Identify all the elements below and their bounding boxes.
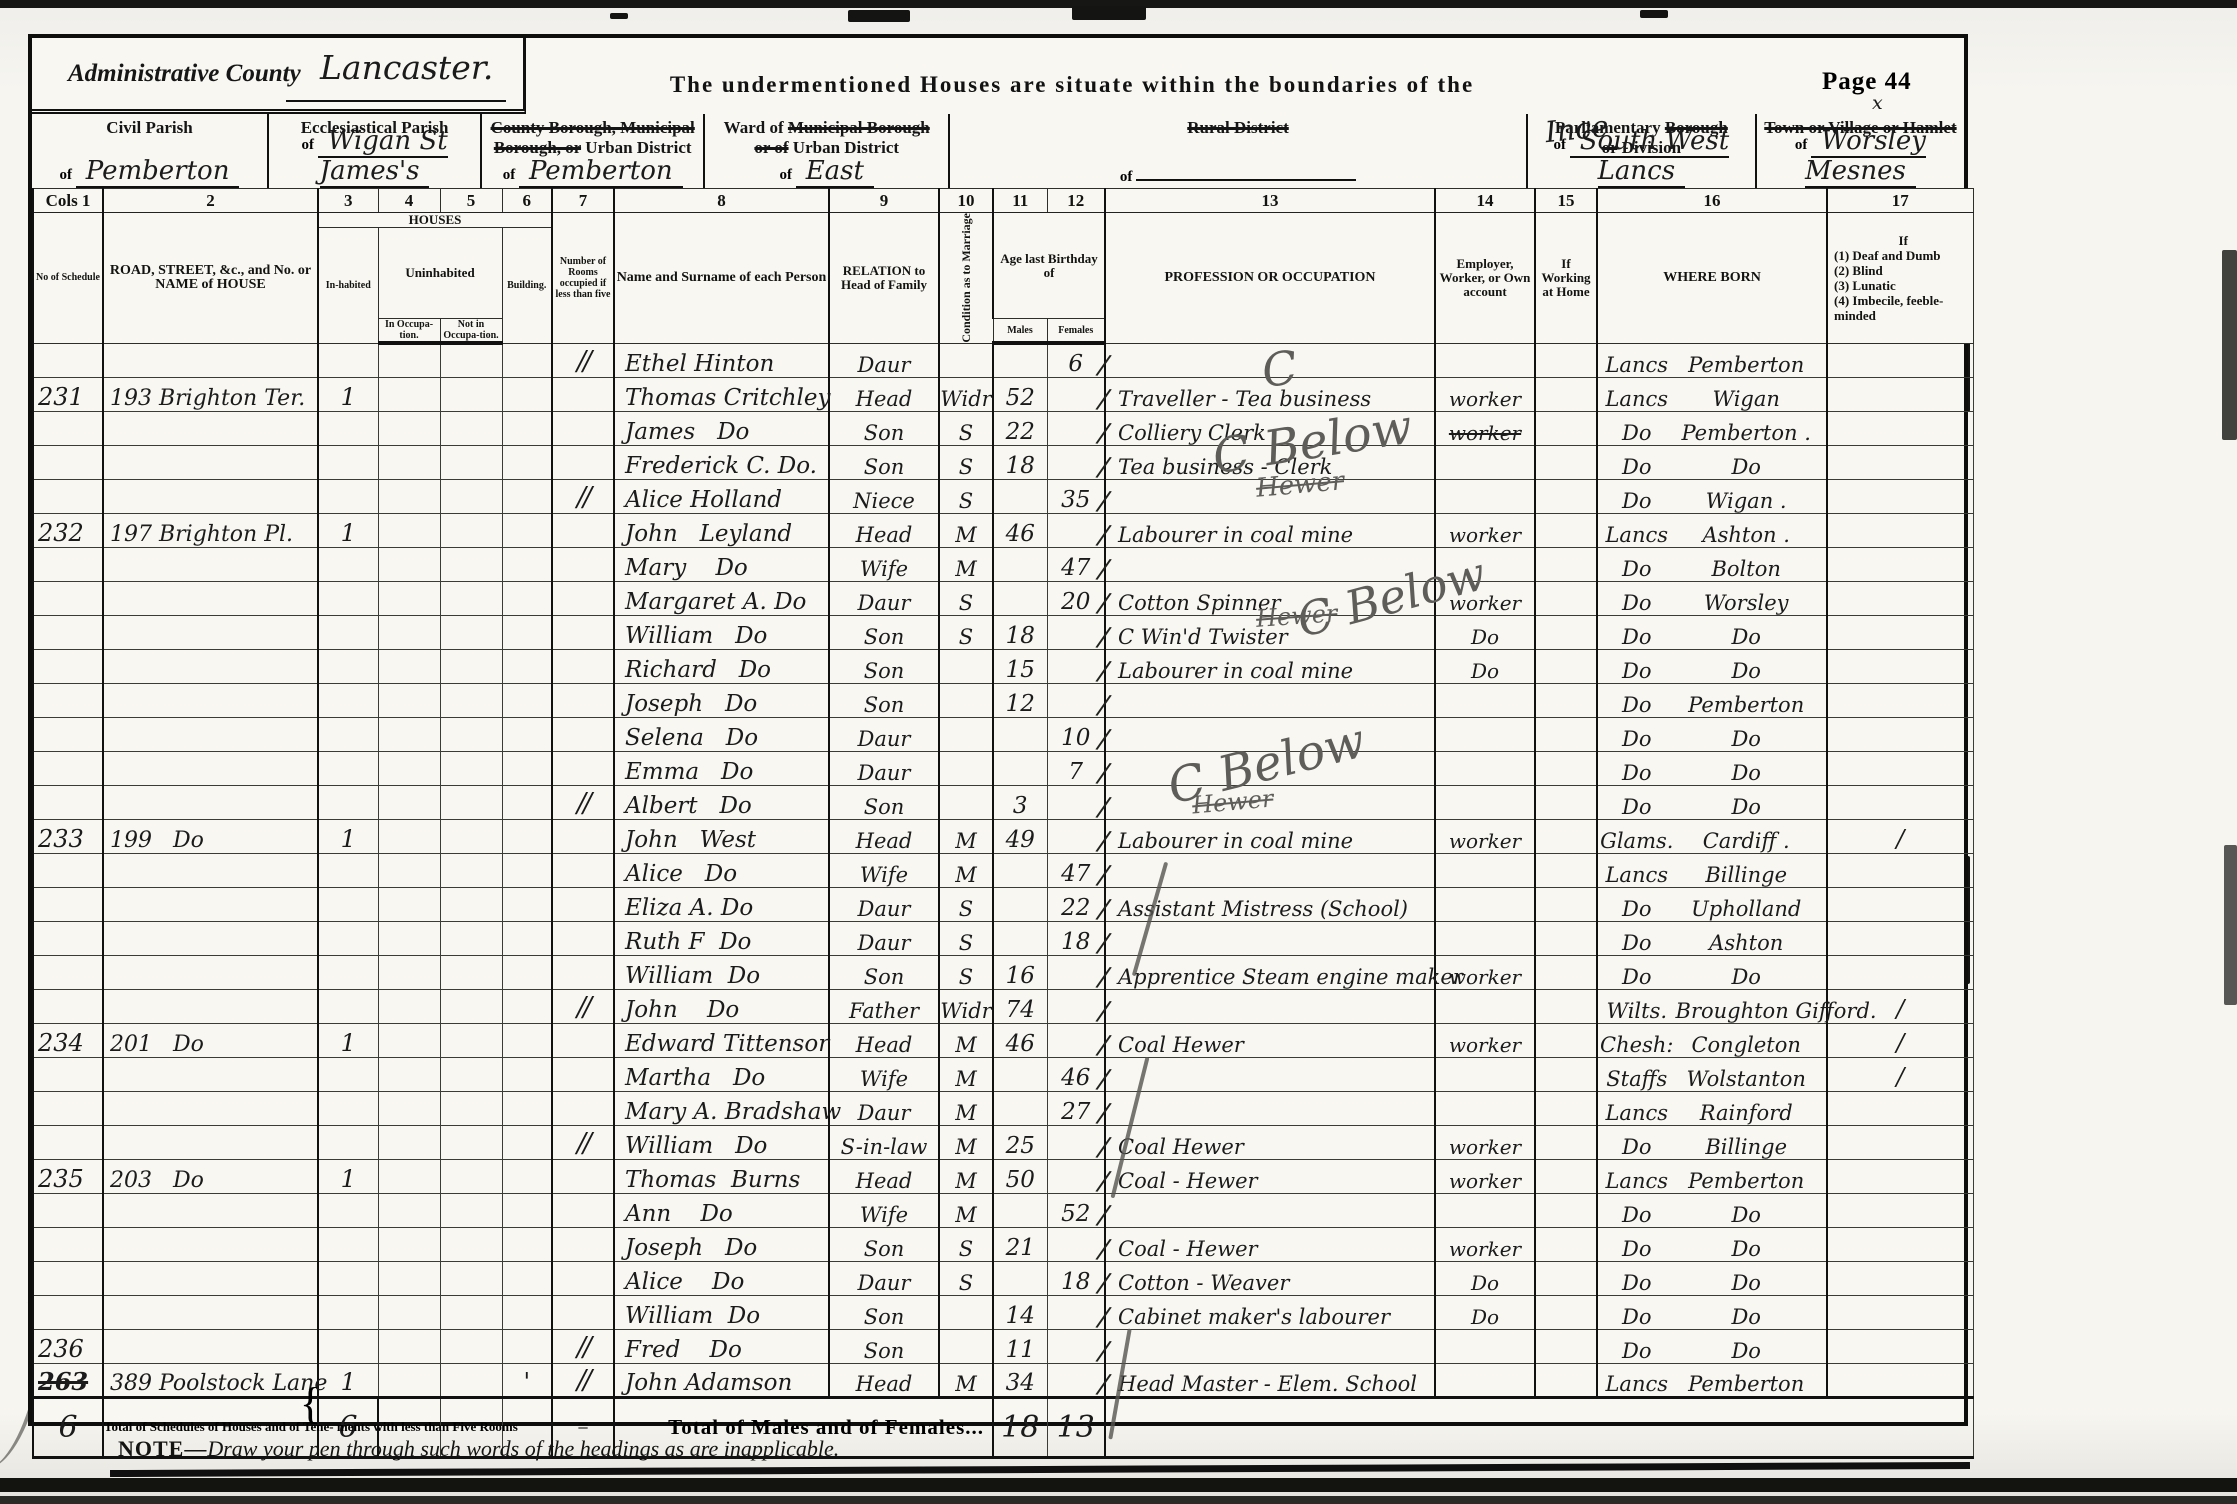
in-occupation-cell — [378, 683, 440, 717]
district-header-band: Civil Parishof PembertonEcclesiastical P… — [32, 114, 1964, 188]
header-in-occupation: In Occupa-tion. — [378, 319, 440, 344]
schedule-number: 235 — [33, 1159, 103, 1193]
relation-to-head: Son — [829, 785, 939, 819]
infirmity-mark — [1827, 581, 1973, 615]
in-occupation-cell — [378, 1329, 440, 1363]
footer-note: NOTE—Draw your pen through such words of… — [118, 1436, 839, 1462]
inhabited-mark — [318, 411, 378, 445]
person-name: Margaret A. Do — [614, 581, 829, 615]
inhabited-mark: 1 — [318, 513, 378, 547]
header-name: Name and Surname of each Person — [614, 213, 829, 344]
rooms-mark — [552, 1227, 614, 1261]
building-cell — [502, 887, 552, 921]
employer-worker: Do — [1435, 649, 1535, 683]
road-house-name — [103, 921, 318, 955]
age-female: 35 — [1047, 479, 1105, 513]
in-occupation-cell — [378, 547, 440, 581]
profession-occupation: ∕ — [1105, 1193, 1435, 1227]
age-female — [1047, 785, 1105, 819]
working-at-home-cell — [1535, 955, 1597, 989]
in-occupation-cell — [378, 887, 440, 921]
col-number-6: 6 — [502, 189, 552, 213]
in-occupation-cell — [378, 1295, 440, 1329]
road-house-name: 199 Do — [103, 819, 318, 853]
inhabited-mark — [318, 1329, 378, 1363]
age-female: 22 — [1047, 887, 1105, 921]
person-row-15: 233199 Do1John WestHeadM49∕Labourer in c… — [33, 819, 1973, 853]
inhabited-mark — [318, 649, 378, 683]
building-cell — [502, 921, 552, 955]
schedule-number — [33, 615, 103, 649]
working-at-home-cell — [1535, 1261, 1597, 1295]
infirmity-mark — [1827, 683, 1973, 717]
col-number-9: 9 — [829, 189, 939, 213]
person-row-3: James DoSonS22∕Colliery ClerkworkerDoPem… — [33, 411, 1973, 445]
where-born: LancsRainford — [1597, 1091, 1827, 1125]
schedule-number: 233 — [33, 819, 103, 853]
schedule-number — [33, 411, 103, 445]
working-at-home-cell — [1535, 513, 1597, 547]
rooms-mark: // — [552, 479, 614, 513]
district-label: County Borough, MunicipalBorough, or Urb… — [482, 118, 703, 158]
working-at-home-cell — [1535, 343, 1597, 377]
person-row-17: Eliza A. DoDaurS22∕Assistant Mistress (S… — [33, 887, 1973, 921]
relation-to-head: Daur — [829, 751, 939, 785]
employer-worker: worker — [1435, 377, 1535, 411]
person-name: John Leyland — [614, 513, 829, 547]
in-occupation-cell — [378, 581, 440, 615]
where-born: DoDo — [1597, 955, 1827, 989]
rooms-mark: // — [552, 785, 614, 819]
infirmity-mark — [1827, 1159, 1973, 1193]
col-number-3: 3 — [318, 189, 378, 213]
administrative-county-box: Administrative County Lancaster. — [32, 38, 526, 114]
where-born: DoDo — [1597, 1295, 1827, 1329]
age-male: 16 — [993, 955, 1047, 989]
schedule-number: 263 — [33, 1363, 103, 1397]
working-at-home-cell — [1535, 1295, 1597, 1329]
working-at-home-cell — [1535, 1329, 1597, 1363]
person-name: Ethel Hinton — [614, 343, 829, 377]
header-where-born: WHERE BORN — [1597, 213, 1827, 344]
profession-occupation: ∕Head Master - Elem. School — [1105, 1363, 1435, 1397]
profession-occupation: ∕ — [1105, 683, 1435, 717]
marital-condition: M — [939, 513, 993, 547]
person-row-10: Richard DoSon15∕Labourer in coal mineDoD… — [33, 649, 1973, 683]
not-in-occupation-cell — [440, 1329, 502, 1363]
age-male — [993, 1261, 1047, 1295]
enumeration-table: Cols 1234567891011121314151617No of Sche… — [32, 188, 1974, 1459]
building-cell — [502, 819, 552, 853]
not-in-occupation-cell — [440, 683, 502, 717]
inhabited-mark — [318, 751, 378, 785]
profession-occupation: ∕Coal - Hewer — [1105, 1227, 1435, 1261]
person-row-25: 235203 Do1Thomas BurnsHeadM50∕Coal - Hew… — [33, 1159, 1973, 1193]
in-occupation-cell — [378, 1227, 440, 1261]
inhabited-mark — [318, 1227, 378, 1261]
age-female — [1047, 649, 1105, 683]
person-row-8: Margaret A. DoDaurS20∕Cotton Spinnerwork… — [33, 581, 1973, 615]
age-female: 18 — [1047, 1261, 1105, 1295]
marital-condition: S — [939, 445, 993, 479]
person-row-23: Mary A. BradshawDaurM27∕LancsRainford — [33, 1091, 1973, 1125]
working-at-home-cell — [1535, 1057, 1597, 1091]
person-name: Albert Do — [614, 785, 829, 819]
inhabited-mark — [318, 1057, 378, 1091]
building-cell — [502, 1057, 552, 1091]
building-cell — [502, 513, 552, 547]
person-name: Edward Tittensor — [614, 1023, 829, 1057]
person-name: William Do — [614, 1295, 829, 1329]
relation-to-head: Wife — [829, 853, 939, 887]
rooms-mark — [552, 819, 614, 853]
rooms-mark: // — [552, 1329, 614, 1363]
working-at-home-cell — [1535, 785, 1597, 819]
not-in-occupation-cell — [440, 989, 502, 1023]
relation-to-head: Daur — [829, 1091, 939, 1125]
relation-to-head: Daur — [829, 887, 939, 921]
in-occupation-cell — [378, 1125, 440, 1159]
relation-to-head: Head — [829, 377, 939, 411]
infirmity-mark — [1827, 615, 1973, 649]
district-value: of Pemberton — [32, 156, 267, 186]
inhabited-mark: 1 — [318, 1023, 378, 1057]
col-number-5: 5 — [440, 189, 502, 213]
where-born: DoDo — [1597, 751, 1827, 785]
age-female — [1047, 1295, 1105, 1329]
in-occupation-cell — [378, 751, 440, 785]
not-in-occupation-cell — [440, 1057, 502, 1091]
marital-condition — [939, 1295, 993, 1329]
schedule-number — [33, 955, 103, 989]
person-row-19: William DoSonS16∕Apprentice Steam engine… — [33, 955, 1973, 989]
road-house-name — [103, 1261, 318, 1295]
inhabited-mark — [318, 547, 378, 581]
age-male — [993, 717, 1047, 751]
where-born: LancsPemberton — [1597, 1363, 1827, 1397]
employer-worker — [1435, 921, 1535, 955]
age-male — [993, 343, 1047, 377]
inhabited-mark — [318, 853, 378, 887]
inhabited-mark — [318, 887, 378, 921]
where-born: LancsPemberton — [1597, 1159, 1827, 1193]
rooms-mark — [552, 1023, 614, 1057]
employer-worker: worker — [1435, 1159, 1535, 1193]
working-at-home-cell — [1535, 445, 1597, 479]
person-name: John Adamson — [614, 1363, 829, 1397]
employer-worker — [1435, 1193, 1535, 1227]
header-rooms: Number of Rooms occupied if less than fi… — [552, 213, 614, 344]
person-name: Richard Do — [614, 649, 829, 683]
working-at-home-cell — [1535, 1159, 1597, 1193]
not-in-occupation-cell — [440, 1023, 502, 1057]
in-occupation-cell — [378, 785, 440, 819]
building-cell — [502, 717, 552, 751]
working-at-home-cell — [1535, 547, 1597, 581]
rooms-mark — [552, 411, 614, 445]
rooms-mark — [552, 513, 614, 547]
relation-to-head: Son — [829, 445, 939, 479]
not-in-occupation-cell — [440, 343, 502, 377]
marital-condition: S — [939, 581, 993, 615]
person-name: Selena Do — [614, 717, 829, 751]
schedule-number: 234 — [33, 1023, 103, 1057]
inhabited-mark — [318, 921, 378, 955]
age-male: 18 — [993, 615, 1047, 649]
road-house-name: 203 Do — [103, 1159, 318, 1193]
schedule-number — [33, 751, 103, 785]
employer-worker: worker — [1435, 513, 1535, 547]
person-name: John West — [614, 819, 829, 853]
employer-worker — [1435, 989, 1535, 1023]
in-occupation-cell — [378, 649, 440, 683]
page-number: Page 44 — [1822, 68, 1912, 96]
not-in-occupation-cell — [440, 1363, 502, 1397]
not-in-occupation-cell — [440, 751, 502, 785]
person-name: John Do — [614, 989, 829, 1023]
relation-to-head: Daur — [829, 921, 939, 955]
marital-condition: S — [939, 921, 993, 955]
schedule-number — [33, 683, 103, 717]
rooms-mark — [552, 955, 614, 989]
road-house-name: 389 Poolstock Lane — [103, 1363, 318, 1397]
age-female — [1047, 445, 1105, 479]
not-in-occupation-cell — [440, 479, 502, 513]
age-male: 46 — [993, 1023, 1047, 1057]
age-female: 20 — [1047, 581, 1105, 615]
marital-condition: M — [939, 1125, 993, 1159]
marital-condition: M — [939, 853, 993, 887]
working-at-home-cell — [1535, 411, 1597, 445]
not-in-occupation-cell — [440, 1193, 502, 1227]
working-at-home-cell — [1535, 377, 1597, 411]
marital-condition — [939, 683, 993, 717]
road-house-name — [103, 853, 318, 887]
relation-to-head: Wife — [829, 1193, 939, 1227]
infirmity-mark — [1827, 1227, 1973, 1261]
building-cell — [502, 1261, 552, 1295]
employer-worker — [1435, 343, 1535, 377]
relation-to-head: Daur — [829, 581, 939, 615]
relation-to-head: Wife — [829, 547, 939, 581]
building-cell — [502, 615, 552, 649]
where-born: DoBolton — [1597, 547, 1827, 581]
road-house-name — [103, 1091, 318, 1125]
scan-blot — [2222, 250, 2237, 440]
relation-to-head: Son — [829, 1227, 939, 1261]
relation-to-head: Son — [829, 683, 939, 717]
infirmity-mark — [1827, 1329, 1973, 1363]
where-born: DoDo — [1597, 649, 1827, 683]
age-female: 46 — [1047, 1057, 1105, 1091]
employer-worker — [1435, 479, 1535, 513]
inhabited-mark — [318, 445, 378, 479]
where-born: DoDo — [1597, 1261, 1827, 1295]
in-occupation-cell — [378, 479, 440, 513]
profession-occupation: ∕Labourer in coal mine — [1105, 513, 1435, 547]
employer-worker — [1435, 1091, 1535, 1125]
in-occupation-cell — [378, 1159, 440, 1193]
working-at-home-cell — [1535, 853, 1597, 887]
in-occupation-cell — [378, 1091, 440, 1125]
age-male: 3 — [993, 785, 1047, 819]
road-house-name — [103, 1193, 318, 1227]
relation-to-head: Daur — [829, 717, 939, 751]
where-born: StaffsWolstanton — [1597, 1057, 1827, 1091]
schedule-number — [33, 1295, 103, 1329]
marital-condition: S — [939, 887, 993, 921]
age-female — [1047, 377, 1105, 411]
col-number-14: 14 — [1435, 189, 1535, 213]
age-male: 14 — [993, 1295, 1047, 1329]
schedule-number: 231 — [33, 377, 103, 411]
marital-condition: S — [939, 615, 993, 649]
schedule-number — [33, 921, 103, 955]
road-house-name: 201 Do — [103, 1023, 318, 1057]
age-female: 47 — [1047, 547, 1105, 581]
person-name: Fred Do — [614, 1329, 829, 1363]
profession-occupation: ∕ — [1105, 1091, 1435, 1125]
building-cell — [502, 649, 552, 683]
inhabited-mark — [318, 1125, 378, 1159]
person-name: Alice Do — [614, 1261, 829, 1295]
person-row-16: Alice DoWifeM47∕LancsBillinge — [33, 853, 1973, 887]
rooms-mark: // — [552, 989, 614, 1023]
employer-worker — [1435, 683, 1535, 717]
totals-females: 13 — [1047, 1397, 1105, 1457]
ink-annotation-0: Ince — [1543, 109, 1610, 149]
header-condition: Condition as to Marriage — [939, 213, 993, 344]
inhabited-mark — [318, 479, 378, 513]
age-female — [1047, 1329, 1105, 1363]
inhabited-mark — [318, 343, 378, 377]
totals-empty — [1105, 1397, 1973, 1457]
profession-occupation: ∕Coal Hewer — [1105, 1125, 1435, 1159]
building-cell — [502, 751, 552, 785]
employer-worker — [1435, 887, 1535, 921]
not-in-occupation-cell — [440, 377, 502, 411]
marital-condition — [939, 751, 993, 785]
scan-blot — [610, 13, 628, 19]
situate-statement: The undermentioned Houses are situate wi… — [572, 72, 1572, 98]
employer-worker — [1435, 1057, 1535, 1091]
age-male — [993, 581, 1047, 615]
rooms-mark — [552, 581, 614, 615]
infirmity-mark — [1827, 1193, 1973, 1227]
marital-condition: S — [939, 479, 993, 513]
where-born: DoDo — [1597, 445, 1827, 479]
person-row-24: //William DoS-in-lawM25∕Coal Hewerworker… — [33, 1125, 1973, 1159]
col-number-11: 11 — [993, 189, 1047, 213]
profession-occupation: ∕Cabinet maker's labourer — [1105, 1295, 1435, 1329]
where-born: LancsPemberton — [1597, 343, 1827, 377]
not-in-occupation-cell — [440, 955, 502, 989]
col-number-10: 10 — [939, 189, 993, 213]
rooms-mark — [552, 615, 614, 649]
building-cell — [502, 1193, 552, 1227]
marital-condition: M — [939, 1023, 993, 1057]
relation-to-head: Son — [829, 1295, 939, 1329]
working-at-home-cell — [1535, 819, 1597, 853]
in-occupation-cell — [378, 1363, 440, 1397]
not-in-occupation-cell — [440, 717, 502, 751]
district-value: of Wigan St James's — [269, 126, 480, 186]
marital-condition — [939, 785, 993, 819]
footer-note-prefix: NOTE— — [118, 1436, 207, 1461]
profession-occupation: ∕Labourer in coal mine — [1105, 649, 1435, 683]
building-cell — [502, 411, 552, 445]
road-house-name — [103, 1227, 318, 1261]
age-female — [1047, 1227, 1105, 1261]
not-in-occupation-cell — [440, 887, 502, 921]
district-value: of Worsley Mesnes — [1757, 126, 1964, 186]
age-male: 25 — [993, 1125, 1047, 1159]
schedule-number — [33, 649, 103, 683]
rooms-mark — [552, 1193, 614, 1227]
working-at-home-cell — [1535, 615, 1597, 649]
person-name: Thomas Critchley — [614, 377, 829, 411]
col-number-17: 17 — [1827, 189, 1973, 213]
road-house-name — [103, 581, 318, 615]
where-born: DoPemberton . — [1597, 411, 1827, 445]
road-house-name — [103, 785, 318, 819]
age-female: 7 — [1047, 751, 1105, 785]
person-name: Eliza A. Do — [614, 887, 829, 921]
building-cell — [502, 989, 552, 1023]
where-born: Chesh:Congleton — [1597, 1023, 1827, 1057]
totals-males: 18 — [993, 1397, 1047, 1457]
building-cell — [502, 785, 552, 819]
administrative-county-label: Administrative County — [68, 60, 301, 88]
in-occupation-cell — [378, 615, 440, 649]
schedule-number — [33, 1227, 103, 1261]
age-male — [993, 1091, 1047, 1125]
working-at-home-cell — [1535, 649, 1597, 683]
infirmity-mark — [1827, 547, 1973, 581]
person-row-12: Selena DoDaur10∕DoDo — [33, 717, 1973, 751]
infirmity-mark — [1827, 751, 1973, 785]
not-in-occupation-cell — [440, 615, 502, 649]
employer-worker: worker — [1435, 819, 1535, 853]
road-house-name — [103, 1057, 318, 1091]
in-occupation-cell — [378, 1261, 440, 1295]
relation-to-head: Son — [829, 411, 939, 445]
district-label: Ward of Municipal Boroughor of Urban Dis… — [705, 118, 948, 158]
person-row-1: //Ethel HintonDaur6∕LancsPemberton — [33, 343, 1973, 377]
where-born: DoDo — [1597, 1329, 1827, 1363]
building-cell — [502, 1125, 552, 1159]
infirmity-mark — [1827, 1295, 1973, 1329]
person-row-30: 236//Fred DoSon11∕DoDo — [33, 1329, 1973, 1363]
rooms-mark — [552, 717, 614, 751]
relation-to-head: Wife — [829, 1057, 939, 1091]
age-male: 34 — [993, 1363, 1047, 1397]
header-infirmity: If(1) Deaf and Dumb(2) Blind(3) Lunatic(… — [1827, 213, 1973, 344]
in-occupation-cell — [378, 343, 440, 377]
age-female: 6 — [1047, 343, 1105, 377]
col-number-8: 8 — [614, 189, 829, 213]
col-number-16: 16 — [1597, 189, 1827, 213]
road-house-name — [103, 1295, 318, 1329]
infirmity-mark — [1827, 1261, 1973, 1295]
infirmity-mark — [1827, 649, 1973, 683]
header-profession: PROFESSION OR OCCUPATION — [1105, 213, 1435, 344]
inhabited-mark — [318, 615, 378, 649]
schedule-number: 236 — [33, 1329, 103, 1363]
not-in-occupation-cell — [440, 411, 502, 445]
infirmity-mark — [1827, 377, 1973, 411]
road-house-name — [103, 615, 318, 649]
